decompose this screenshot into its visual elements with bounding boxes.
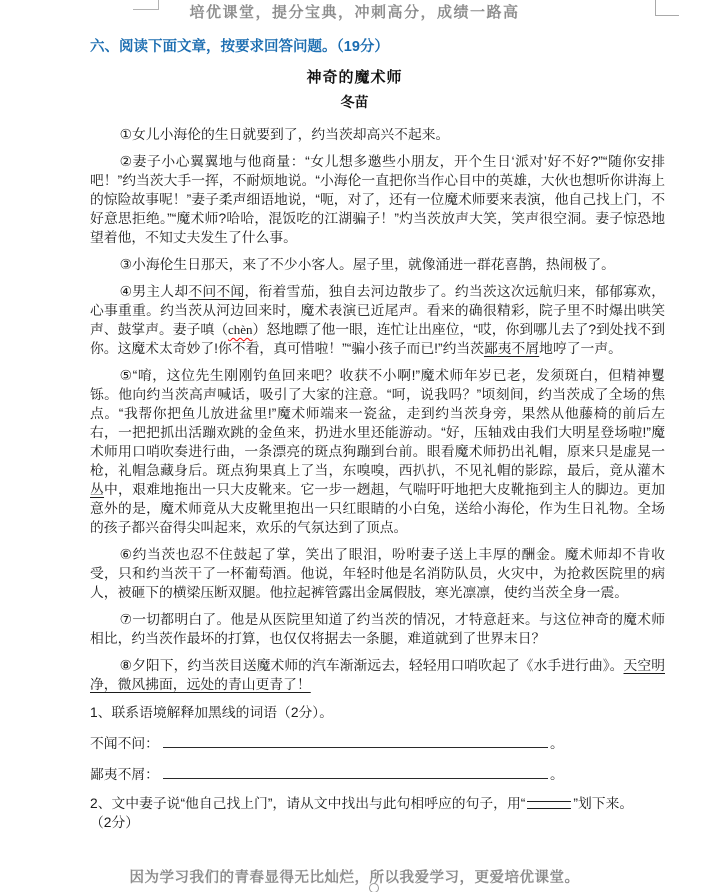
pinyin-chen-spellcheck: chèn [228, 322, 253, 337]
answer-1-period: 。 [550, 736, 564, 751]
paragraph-8: ⑧夕阳下，约当茨目送魔术师的汽车渐渐远去，轻轻用口哨吹起了《水手进行曲》。天空明… [90, 656, 665, 694]
question-2-text: 2、文中妻子说“他自己找上门”，请从文中找出与此句相呼应的句子，用“ [90, 796, 525, 811]
question-2-text-end: ”划下来。 [573, 796, 633, 811]
page-number-mark [369, 883, 379, 892]
document-page: 培优课堂，提分宝典，冲刺高分，成绩一路高 六、阅读下面文章，按要求回答问题。（1… [0, 0, 709, 892]
answer-row-1: 不闻不问：。 [90, 734, 665, 753]
answer-2-term: 鄙夷不屑： [90, 767, 159, 782]
answer-blank-2[interactable] [163, 765, 548, 779]
question-1: 1、联系语境解释加黑线的词语（2分）。 [90, 703, 665, 722]
underlined-term-biyibuxie: 鄙夷不屑 [484, 341, 539, 356]
page-header-slogan: 培优课堂，提分宝典，冲刺高分，成绩一路高 [0, 0, 709, 23]
paragraph-4-text: ④男主人却 [120, 284, 189, 299]
crop-mark-right [655, 0, 679, 16]
underlined-term-buwenbuwen: 不问不闻 [188, 284, 244, 299]
paragraph-5: ⑤“唷，这位先生刚刚钓鱼回来吧？收获不小啊!”魔术师年岁已老，发须斑白，但精神矍… [90, 366, 665, 537]
question-1-prompt: 1、联系语境解释加黑线的词语（2分）。 [90, 705, 333, 720]
paragraph-5-text: 中，艰难地拖出一只大皮靴来。它一步一趔趄，气喘吁吁地把大皮靴拖到主人的脚边。更加… [90, 482, 665, 535]
page-footer-slogan: 因为学习我们的青春显得无比灿烂，所以我爱学习，更爱培优课堂。 [0, 866, 709, 887]
section-heading: 六、阅读下面文章，按要求回答问题。（19分） [90, 37, 665, 57]
question-2: 2、文中妻子说“他自己找上门”，请从文中找出与此句相呼应的句子，用“”划下来。 [90, 794, 665, 813]
answer-1-term: 不闻不问： [90, 736, 159, 751]
paragraph-7: ⑦一切都明白了。他是从医院里知道了约当茨的情况，才特意赶来。与这位神奇的魔术师相… [90, 610, 665, 648]
paragraph-6: ⑥约当茨也忍不住鼓起了掌，笑出了眼泪，吩咐妻子送上丰厚的酬金。魔术师却不肯收受，… [90, 545, 665, 602]
paragraph-2: ②妻子小心翼翼地与他商量：“女儿想多邀些小朋友，开个生日‘派对’好不好?”“随你… [90, 152, 665, 247]
paragraph-4: ④男主人却不问不闻，衔着雪茄，独自去河边散步了。约当茨这次远航归来，郁郁寡欢，心… [90, 282, 665, 358]
article-author: 冬苗 [0, 92, 709, 112]
double-underline-mark [527, 801, 571, 809]
answer-row-2: 鄙夷不屑：。 [90, 765, 665, 784]
paragraph-1: ①女儿小海伦的生日就要到了，约当茨却高兴不起来。 [90, 125, 665, 144]
question-2-score: （2分） [90, 813, 665, 832]
article-title: 神奇的魔术师 [0, 67, 709, 89]
paragraph-3: ③小海伦生日那天，来了不少小客人。屋子里，就像涌进一群花喜鹊，热闹极了。 [90, 255, 665, 274]
paragraph-5-text: ⑤“唷，这位先生刚刚钓鱼回来吧？收获不小啊!”魔术师年岁已老，发须斑白，但精神矍… [90, 368, 665, 478]
answer-blank-1[interactable] [163, 734, 548, 748]
answer-2-period: 。 [550, 767, 564, 782]
paragraph-8-text: ⑧夕阳下，约当茨目送魔术师的汽车渐渐远去，轻轻用口哨吹起了《水手进行曲》。 [120, 658, 624, 673]
underlined-char-cong: 丛 [90, 482, 104, 497]
paragraph-4-text: 地哼了一声。 [539, 341, 622, 356]
crop-mark-left [133, 0, 159, 10]
